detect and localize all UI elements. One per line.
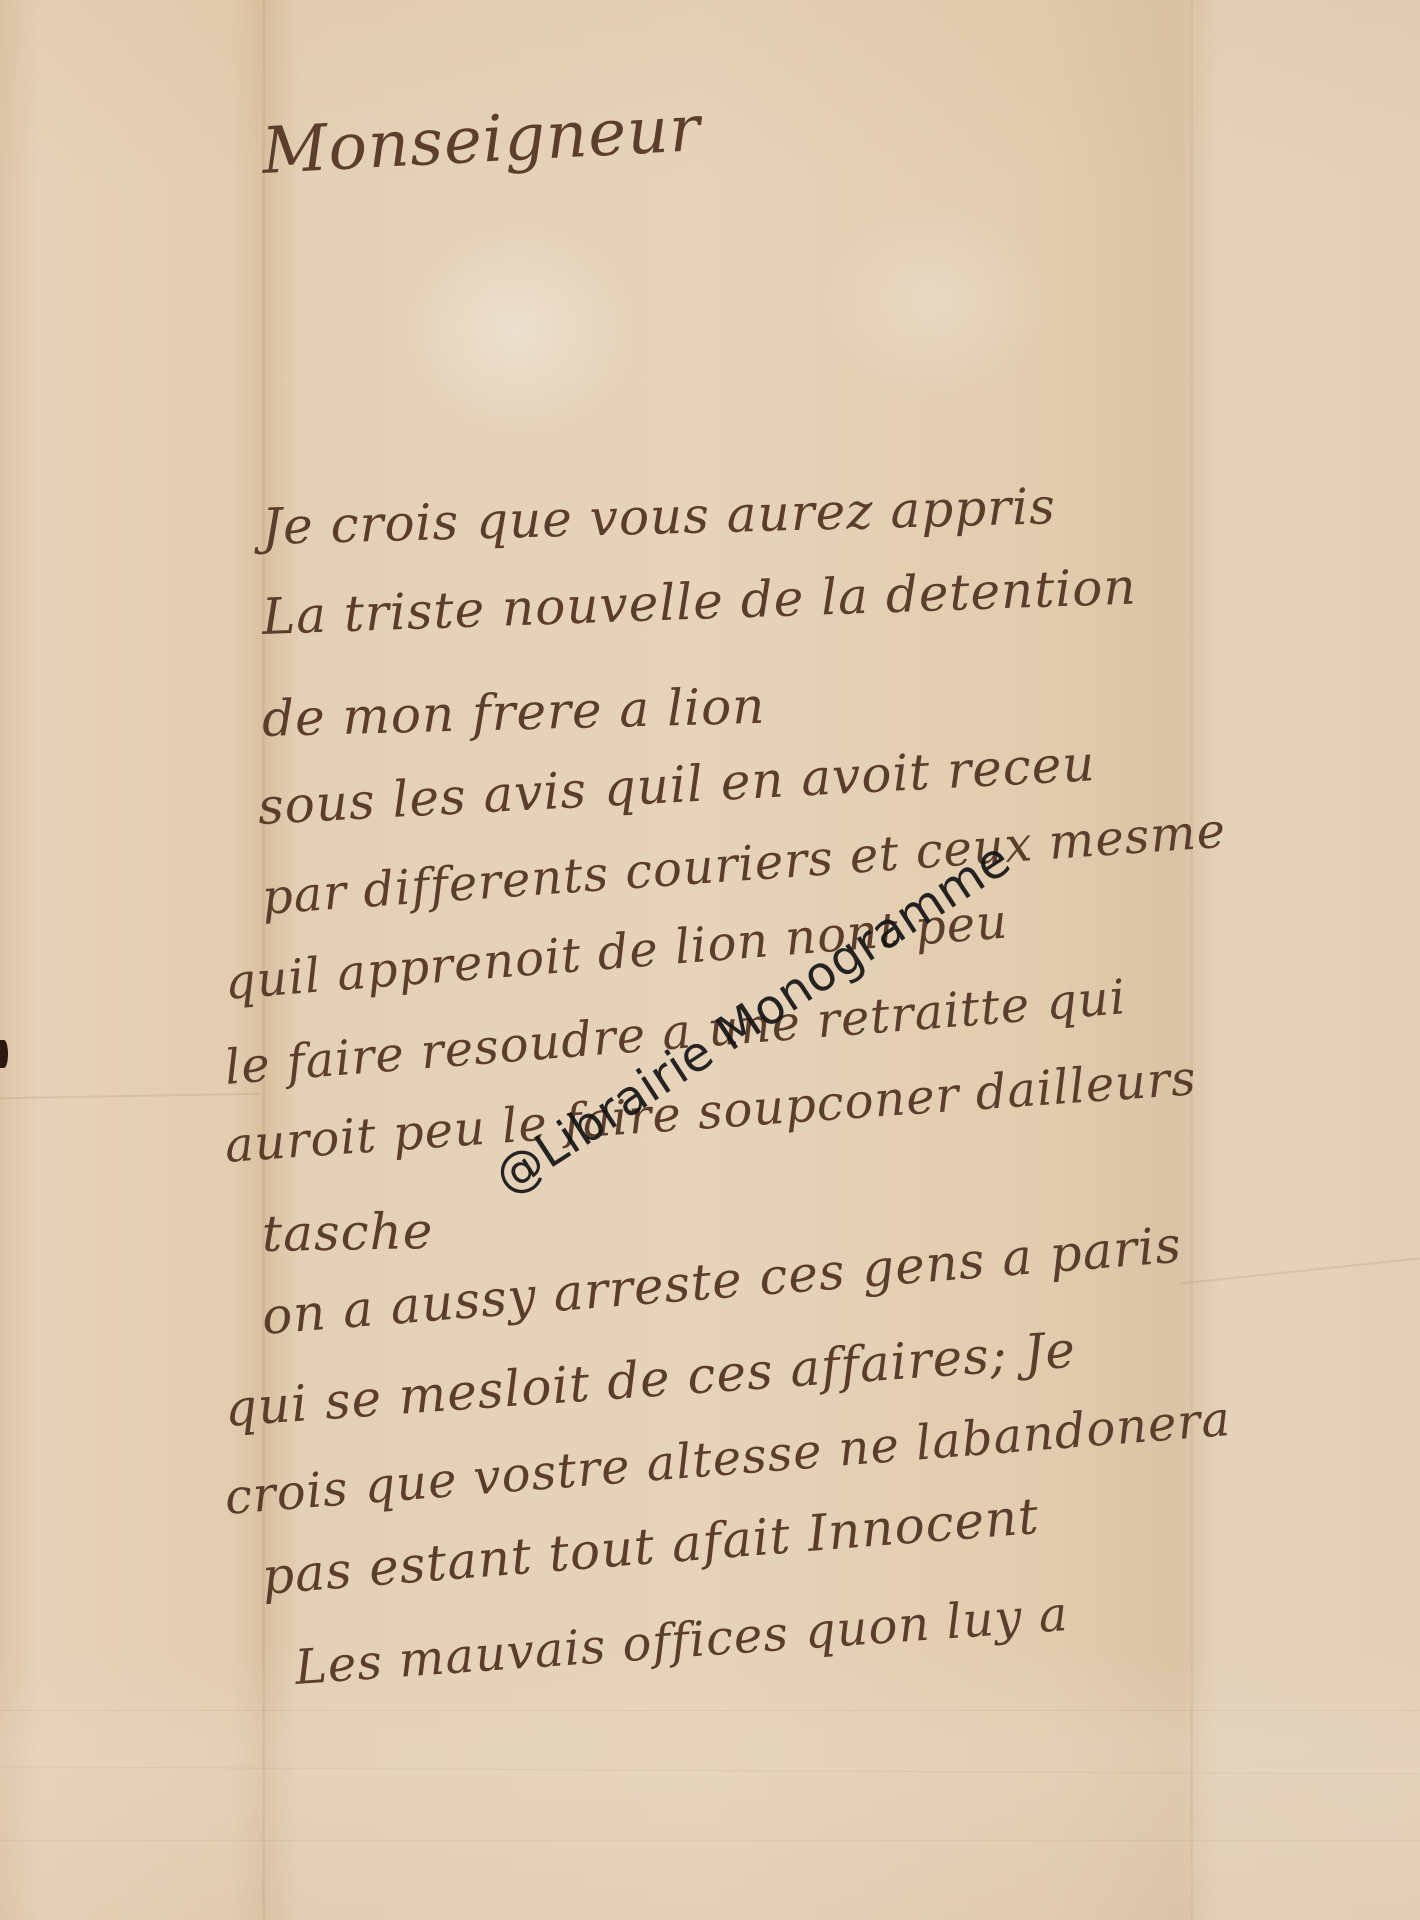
letter-page: Monseigneur Je crois que vous aurez appr… — [0, 0, 1420, 1920]
ink-blot — [0, 1040, 8, 1068]
salutation: Monseigneur — [260, 92, 703, 189]
horizontal-crease — [1181, 1257, 1420, 1284]
horizontal-crease — [0, 1710, 1420, 1711]
letter-line: tasche — [261, 1202, 433, 1263]
letter-line: Les mauvais offices quon luy a — [293, 1586, 1070, 1696]
horizontal-crease — [0, 1766, 1420, 1774]
horizontal-crease — [0, 1840, 1420, 1841]
letter-line: La triste nouvelle de la detention — [261, 557, 1137, 646]
letter-line: de mon frere a lion — [261, 677, 766, 748]
letter-line: Je crois que vous aurez appris — [261, 477, 1056, 556]
vertical-fold-crease — [1190, 0, 1193, 1920]
horizontal-crease — [0, 1093, 260, 1100]
